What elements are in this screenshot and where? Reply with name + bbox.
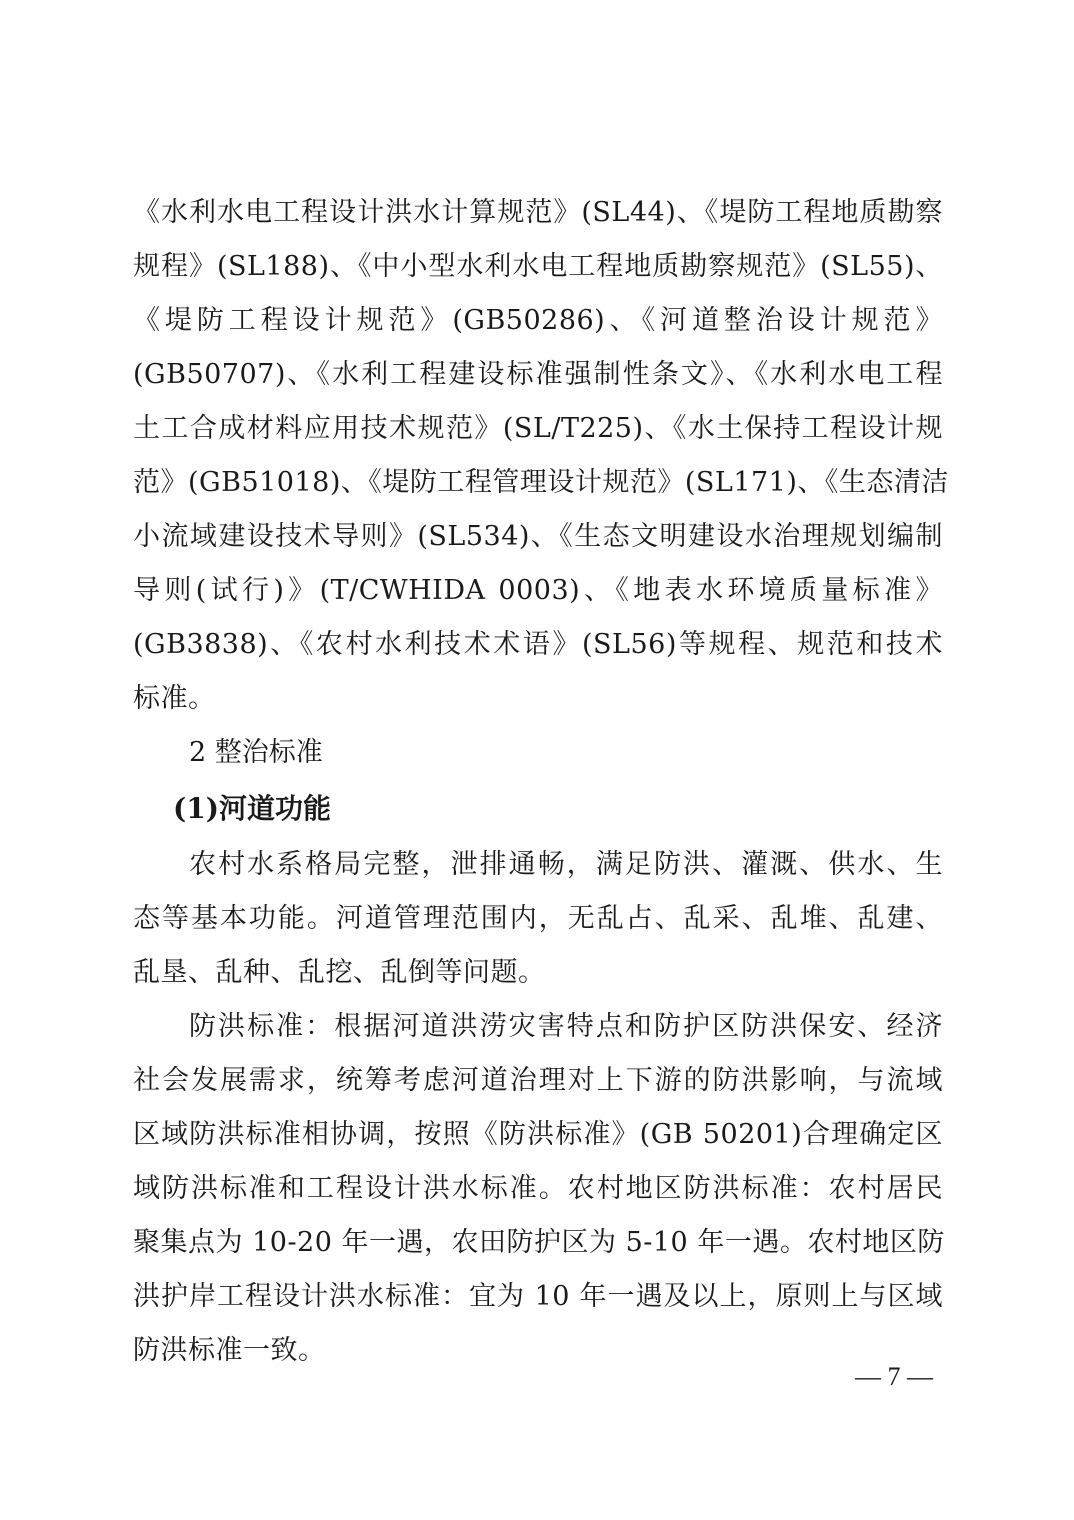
section-heading: 2 整治标准 <box>133 726 943 780</box>
paragraph-line: 域防洪标准和工程设计洪水标准。农村地区防洪标准：农村居民 <box>133 1162 943 1216</box>
paragraph-line: 导则(试行)》(T/CWHIDA 0003)、《地表水环境质量标准》 <box>133 564 943 618</box>
page-number: — 7 — <box>855 1362 933 1392</box>
paragraph-line: 乱垦、乱种、乱挖、乱倒等问题。 <box>133 946 943 1000</box>
paragraph-line: 防洪标准：根据河道洪涝灾害特点和防护区防洪保安、经济 <box>133 1000 943 1054</box>
paragraph-line: 小流域建设技术导则》(SL534)、《生态文明建设水治理规划编制 <box>133 510 943 564</box>
paragraph-line: 《堤防工程设计规范》(GB50286)、《河道整治设计规范》 <box>133 294 943 348</box>
paragraph-line: 农村水系格局完整，泄排通畅，满足防洪、灌溉、供水、生 <box>133 838 943 892</box>
paragraph-line: 规程》(SL188)、《中小型水利水电工程地质勘察规范》(SL55)、 <box>133 240 943 294</box>
document-page: 《水利水电工程设计洪水计算规范》(SL44)、《堤防工程地质勘察 规程》(SL1… <box>133 186 943 1378</box>
paragraph-line: (GB3838)、《农村水利技术术语》(SL56)等规程、规范和技术 <box>133 618 943 672</box>
paragraph-line: 土工合成材料应用技术规范》(SL/T225)、《水土保持工程设计规 <box>133 402 943 456</box>
paragraph-line: 区域防洪标准相协调，按照《防洪标准》(GB 50201)合理确定区 <box>133 1108 943 1162</box>
subsection-heading: (1)河道功能 <box>133 780 943 838</box>
paragraph-line: 洪护岸工程设计洪水标准：宜为 10 年一遇及以上，原则上与区域 <box>133 1270 943 1324</box>
flood-standard-paragraph: 防洪标准：根据河道洪涝灾害特点和防护区防洪保安、经济 社会发展需求，统筹考虑河道… <box>133 1000 943 1378</box>
paragraph-line: 社会发展需求，统筹考虑河道治理对上下游的防洪影响，与流域 <box>133 1054 943 1108</box>
paragraph-line: 范》(GB51018)、《堤防工程管理设计规范》(SL171)、《生态清洁 <box>133 456 943 510</box>
paragraph-line: 聚集点为 10-20 年一遇，农田防护区为 5-10 年一遇。农村地区防 <box>133 1216 943 1270</box>
paragraph-line: 态等基本功能。河道管理范围内，无乱占、乱采、乱堆、乱建、 <box>133 892 943 946</box>
paragraph-line: 《水利水电工程设计洪水计算规范》(SL44)、《堤防工程地质勘察 <box>133 186 943 240</box>
paragraph-line: (GB50707)、《水利工程建设标准强制性条文》、《水利水电工程 <box>133 348 943 402</box>
reference-standards-paragraph: 《水利水电工程设计洪水计算规范》(SL44)、《堤防工程地质勘察 规程》(SL1… <box>133 186 943 726</box>
paragraph-line: 标准。 <box>133 672 943 726</box>
paragraph-line: 防洪标准一致。 <box>133 1324 943 1378</box>
river-function-paragraph: 农村水系格局完整，泄排通畅，满足防洪、灌溉、供水、生 态等基本功能。河道管理范围… <box>133 838 943 1000</box>
